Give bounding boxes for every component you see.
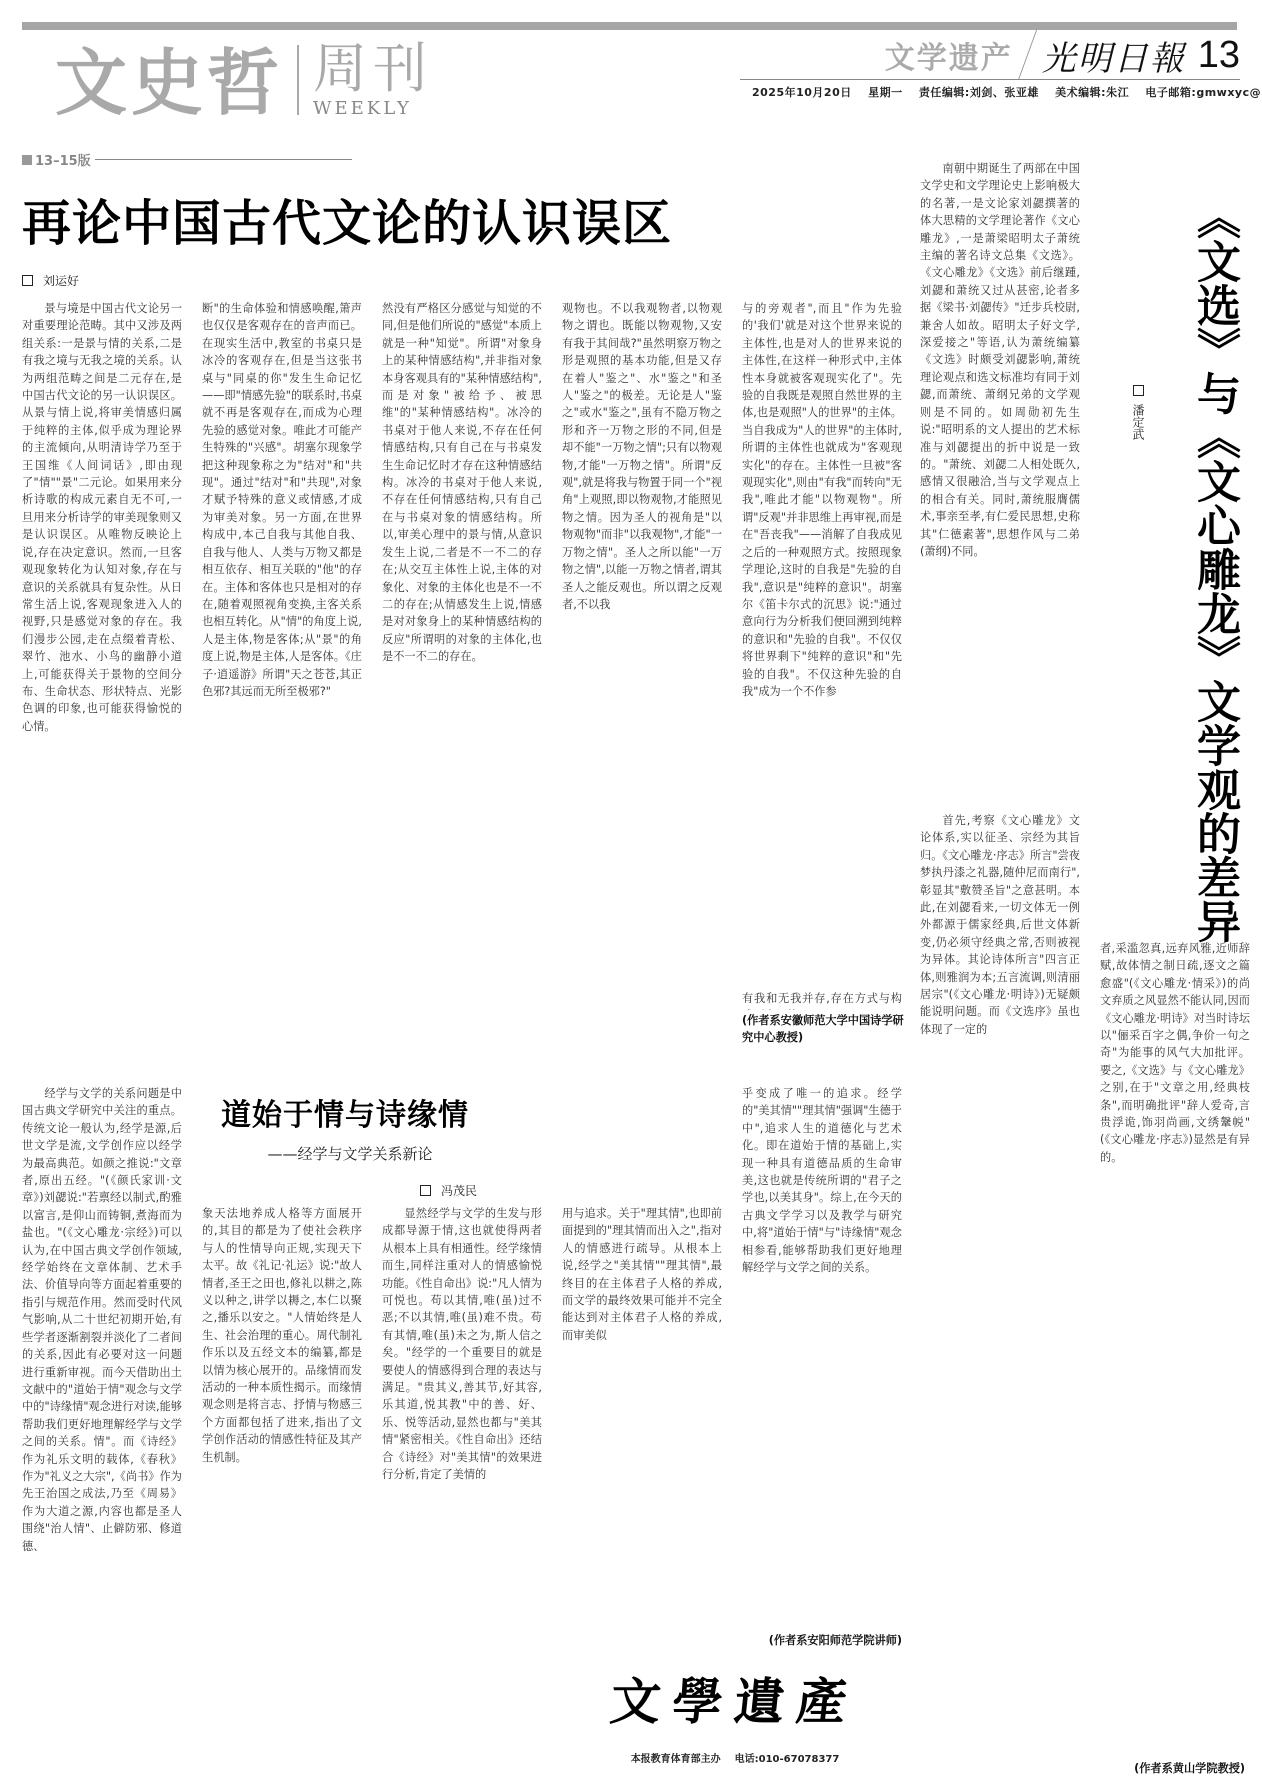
edition-label: 13–15版 bbox=[35, 150, 91, 169]
article2-text: 乎变成了唯一的追求。经学的"美其情""理其情"强调"生德于中",追求人生的道德化… bbox=[742, 1085, 902, 1276]
byline-box-icon bbox=[420, 1185, 431, 1196]
article3-byline: 潘定武 bbox=[1130, 385, 1147, 440]
masthead-top-bar bbox=[22, 22, 1237, 30]
page-header: 文学遗产 光明日報 13 bbox=[880, 32, 1240, 78]
article2-author: 冯茂民 bbox=[441, 1182, 477, 1199]
footer-sponsor: 本报教育体育部主办 bbox=[631, 1754, 721, 1765]
article3-column-3: 者,采滥忽真,远弃风雅,近师辞赋,故体情之制日疏,逐文之篇愈盛"(《文心雕龙·情… bbox=[1100, 940, 1250, 1725]
issue-weekday: 星期一 bbox=[868, 86, 903, 99]
section-name: 文学遗产 bbox=[885, 33, 1013, 77]
issue-date: 2025年10月20日 bbox=[752, 86, 852, 99]
article2-column-4: 用与追求。关于"理其情",也即前面提到的"理其情而出入之",指对人的情感进行疏导… bbox=[562, 1205, 722, 1655]
weekly-masthead: 文史哲 周刊 WEEKLY bbox=[55, 42, 433, 119]
article1-text: 有我和无我并存,存在方式与构成要素同体。 bbox=[742, 990, 902, 1010]
article1-byline: 刘运好 bbox=[22, 272, 79, 289]
article2-text: 用与追求。关于"理其情",也即前面提到的"理其情而出入之",指对人的情感进行疏导… bbox=[562, 1205, 722, 1344]
article1-column-1: 景与境是中国古代文论另一对重要理论范畴。其中又涉及两组关系:一是景与情的关系,二… bbox=[22, 300, 182, 990]
article2-column-1: 经学与文学的关系问题是中国古典文学研究中关注的重点。传统文论一般认为,经学是源,… bbox=[22, 1085, 182, 1785]
article3-title: 《文选》与《文心雕龙》文学观的差异 bbox=[1180, 195, 1236, 943]
article2-text: 象天法地养成人格等方面展开的,其目的都是为了使社会秩序与人的性情导向正规,实现天… bbox=[202, 1205, 362, 1466]
issue-meta: 2025年10月20日 星期一 责任编辑:刘剑、张亚雄 美术编辑:朱江 电子邮箱… bbox=[752, 84, 1262, 100]
article2-text: 显然经学与文学的生发与形成都导源于情,这也就使得两者从根本上具有相通性。经学缘情… bbox=[382, 1205, 542, 1484]
article1-text: 然没有严格区分感觉与知觉的不同,但是他们所说的"感觉"本质上就是一种"知觉"。所… bbox=[382, 300, 542, 666]
masthead-divider bbox=[297, 45, 299, 115]
header-rule bbox=[740, 79, 1240, 80]
article3-author: 潘定武 bbox=[1130, 404, 1147, 440]
article1-column-3: 然没有严格区分感觉与知觉的不同,但是他们所说的"感觉"本质上就是一种"知觉"。所… bbox=[382, 300, 542, 990]
article2-byline: 冯茂民 bbox=[420, 1182, 477, 1199]
article2-column-5: 乎变成了唯一的追求。经学的"美其情""理其情"强调"生德于中",追求人生的道德化… bbox=[742, 1085, 902, 1630]
article2-column-2: 象天法地养成人格等方面展开的,其目的都是为了使社会秩序与人的性情导向正规,实现天… bbox=[202, 1205, 362, 1785]
weekly-label-en: WEEKLY bbox=[313, 98, 433, 119]
square-bullet-icon bbox=[22, 155, 32, 165]
article3-column-2: 首先,考察《文心雕龙》文论体系,实以征圣、宗经为其旨归。《文心雕龙·序志》所言"… bbox=[920, 812, 1080, 1062]
byline-box-icon bbox=[22, 275, 33, 286]
article2-credit: (作者系安阳师范学院讲师) bbox=[742, 1632, 902, 1652]
article1-closing: 有我和无我并存,存在方式与构成要素同体。 bbox=[742, 990, 902, 1010]
article1-text: 与的旁观者",而且"作为先验的'我们'就是对这个世界来说的主体性,也是对人的世界… bbox=[742, 300, 902, 700]
article1-text: 景与境是中国古代文论另一对重要理论范畴。其中又涉及两组关系:一是景与情的关系,二… bbox=[22, 300, 182, 735]
article1-column-5: 与的旁观者",而且"作为先验的'我们'就是对这个世界来说的主体性,也是对人的世界… bbox=[742, 300, 902, 1000]
page-number: 13 bbox=[1198, 34, 1240, 77]
article1-column-2: 断"的生命体验和情感唤醒,箫声也仅仅是客观存在的音声而已。在现实生活中,教室的书… bbox=[202, 300, 362, 990]
article1-title: 再论中国古代文论的认识误区 bbox=[22, 185, 672, 255]
header-slash-divider bbox=[1018, 30, 1037, 80]
article1-column-4: 观物也。不以我观物者,以物观物之谓也。既能以物观物,又安有我于其间哉?"虽然明察… bbox=[562, 300, 722, 1040]
edition-indicator: 13–15版 bbox=[22, 150, 352, 169]
article2-column-3: 显然经学与文学的生发与形成都导源于情,这也就使得两者从根本上具有相通性。经学缘情… bbox=[382, 1205, 542, 1785]
wenxue-yichan-calligraphy-logo: 文學遺產 bbox=[566, 1662, 904, 1734]
article3-text: 南朝中期诞生了两部在中国文学史和文学理论史上影响极大的名著,一是文论家刘勰撰著的… bbox=[920, 160, 1080, 560]
edition-rule bbox=[95, 159, 352, 160]
article1-text: 观物也。不以我观物者,以物观物之谓也。既能以物观物,又安有我于其间哉?"虽然明察… bbox=[562, 300, 722, 613]
article3-text: 者,采滥忽真,远弃风雅,近师辞赋,故体情之制日疏,逐文之篇愈盛"(《文心雕龙·情… bbox=[1100, 940, 1250, 1166]
editor-email[interactable]: 电子邮箱:gmwxyc@163.com bbox=[1145, 86, 1262, 99]
article3-text: 首先,考察《文心雕龙》文论体系,实以征圣、宗经为其旨归。《文心雕龙·序志》所言"… bbox=[920, 812, 1080, 1038]
weekly-label-cn: 周刊 bbox=[313, 42, 433, 96]
art-editor: 美术编辑:朱江 bbox=[1055, 86, 1129, 99]
footer-phone: 电话:010-67078377 bbox=[735, 1754, 840, 1765]
article3-credit: (作者系黄山学院教授) bbox=[1090, 1760, 1245, 1780]
article1-text: 断"的生命体验和情感唤醒,箫声也仅仅是客观存在的音声而已。在现实生活中,教室的书… bbox=[202, 300, 362, 700]
article1-credit: (作者系安徽师范大学中国诗学研究中心教授) bbox=[742, 1012, 912, 1052]
responsible-editors: 责任编辑:刘剑、张亚雄 bbox=[919, 86, 1039, 99]
article2-text: 经学与文学的关系问题是中国古典文学研究中关注的重点。传统文论一般认为,经学是源,… bbox=[22, 1085, 182, 1555]
newspaper-logo: 光明日報 bbox=[1042, 31, 1186, 80]
byline-box-icon bbox=[1133, 385, 1144, 396]
weekly-title: 文史哲 bbox=[55, 47, 283, 119]
article1-author: 刘运好 bbox=[43, 272, 79, 289]
footer-info: 本报教育体育部主办 电话:010-67078377 bbox=[570, 1750, 900, 1765]
article3-column-1: 南朝中期诞生了两部在中国文学史和文学理论史上影响极大的名著,一是文论家刘勰撰著的… bbox=[920, 160, 1080, 810]
